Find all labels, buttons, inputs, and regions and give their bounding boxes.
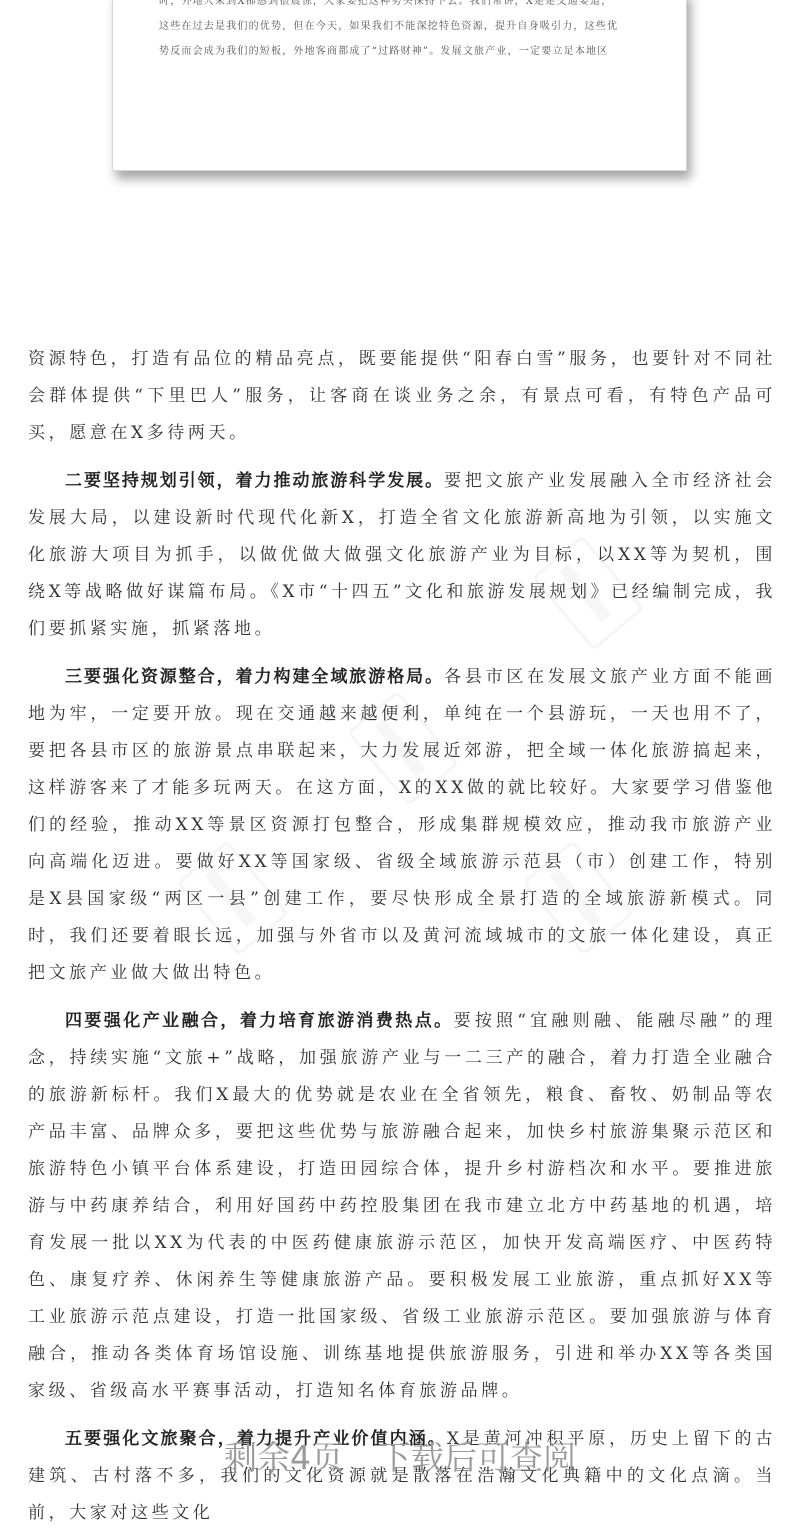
paragraph-text: 各县市区在发展文旅产业方面不能画地为牢，一定要开放。现在交通越来越便利，单纯在一… [28, 667, 776, 983]
preview-line: 这些在过去是我们的优势，但在今天，如果我们不能深挖特色资源，提升自身吸引力，这些… [159, 14, 649, 39]
paragraph-lead: 二要坚持规划引领，着力推动旅游科学发展。 [65, 471, 444, 491]
paragraph-lead: 四要强化产业融合，着力培育旅游消费热点。 [65, 1011, 454, 1031]
remaining-pages-banner[interactable]: 剩余4页下载后可查阅 [0, 1432, 800, 1479]
paragraph-text: 要把文旅产业发展融入全市经济社会发展大局，以建设新时代现代化新X，打造全省文化旅… [28, 471, 776, 639]
download-hint-label: 下载后可查阅 [378, 1432, 576, 1479]
paragraph-continuation: 资源特色，打造有品位的精品亮点，既要能提供“阳春白雪”服务，也要针对不同社会群体… [28, 341, 776, 452]
paragraph-planning: 二要坚持规划引领，着力推动旅游科学发展。要把文旅产业发展融入全市经济社会发展大局… [28, 463, 776, 648]
preview-page-card: 时，外地人来到X都感到很震惊，大家要把这种势头保持下去。我们常讲，X是是交通要道… [112, 0, 687, 171]
paragraph-resource-integration: 三要强化资源整合，着力构建全域旅游格局。各县市区在发展文旅产业方面不能画地为牢，… [28, 659, 776, 992]
document-body: 资源特色，打造有品位的精品亮点，既要能提供“阳春白雪”服务，也要针对不同社会群体… [28, 341, 776, 1536]
paragraph-lead: 三要强化资源整合，着力构建全域旅游格局。 [65, 667, 444, 687]
preview-page-text: 时，外地人来到X都感到很震惊，大家要把这种势头保持下去。我们常讲，X是是交通要道… [159, 0, 649, 64]
paragraph-text: 资源特色，打造有品位的精品亮点，既要能提供“阳春白雪”服务，也要针对不同社会群体… [28, 349, 776, 443]
preview-line: 时，外地人来到X都感到很震惊，大家要把这种势头保持下去。我们常讲，X是是交通要道… [159, 0, 649, 14]
preview-line: 势反而会成为我们的短板，外地客商都成了“过路财神”。发展文旅产业，一定要立足本地… [159, 39, 649, 64]
paragraph-text: 要按照“宜融则融、能融尽融”的理念，持续实施“文旅+”战略，加强旅游产业与一二三… [28, 1011, 776, 1401]
paragraph-industry-fusion: 四要强化产业融合，着力培育旅游消费热点。要按照“宜融则融、能融尽融”的理念，持续… [28, 1003, 776, 1410]
remaining-pages-label: 剩余4页 [224, 1432, 344, 1479]
